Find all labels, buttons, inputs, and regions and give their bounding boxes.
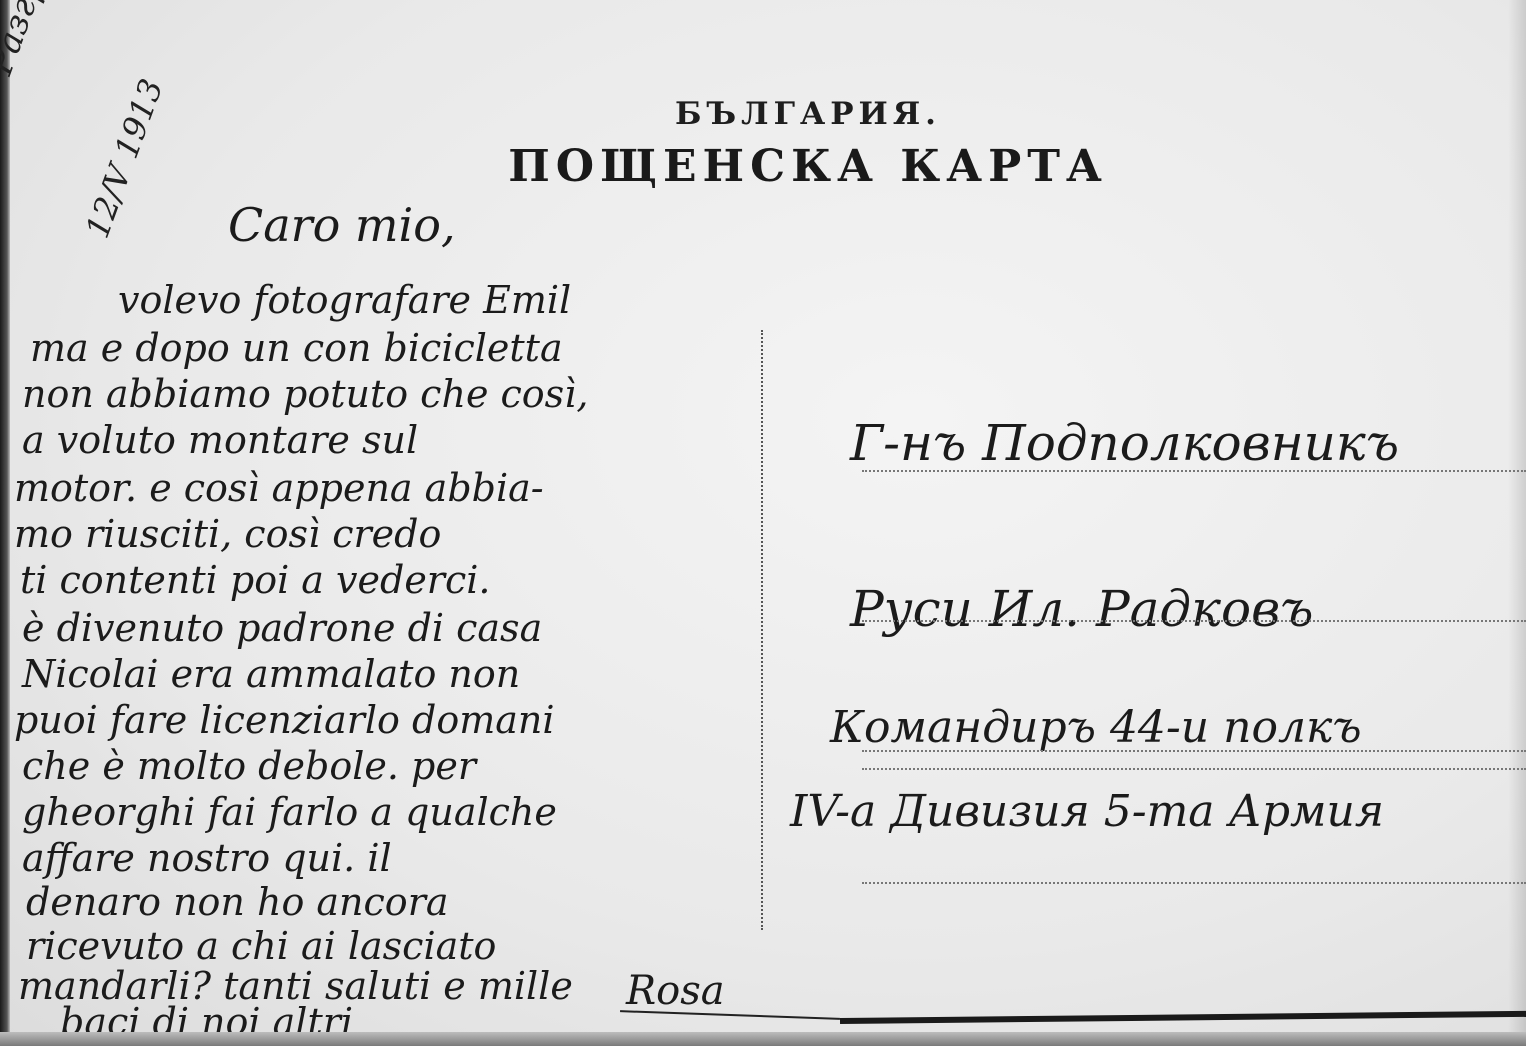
message-line: affare nostro qui. il [22, 836, 392, 880]
message-line: motor. e così appena abbia- [14, 466, 544, 510]
address-dotted-line [862, 882, 1526, 884]
message-line: denaro non ho ancora [26, 880, 449, 924]
address-dotted-line [862, 470, 1526, 472]
scan-bottom-edge [0, 1032, 1526, 1046]
message-line: non abbiamo potuto che così, [22, 372, 588, 416]
center-divider [761, 330, 763, 930]
address-dotted-line [862, 750, 1526, 752]
message-line: volevo fotografare Emil [118, 278, 571, 322]
address-line-4: IV-а Дивизия 5-та Армия [790, 786, 1384, 837]
message-line: mo riusciti, così credo [14, 512, 441, 556]
address-line-3: Командиръ 44-и полкъ [830, 702, 1362, 753]
country-heading: БЪЛГАРИЯ. [0, 96, 1526, 132]
address-dotted-line [862, 768, 1526, 770]
signature: Rosa [626, 968, 725, 1014]
message-line: gheorghi fai farlo a qualche [22, 790, 557, 834]
signature-underline [620, 1010, 840, 1020]
message-line: Nicolai era ammalato non [22, 652, 520, 696]
message-line: puoi fare licenziarlo domani [14, 698, 555, 742]
message-line: è divenuto padrone di casa [22, 606, 542, 650]
postcard-back: Разград 12/V 1913 БЪЛГАРИЯ. ПОЩЕНСКА КАР… [0, 0, 1526, 1046]
address-dotted-line [862, 620, 1526, 622]
message-line: ma e dopo un con bicicletta [30, 326, 563, 370]
address-line-1: Г-нъ Подполковникъ [850, 414, 1399, 472]
greeting: Caro mio, [228, 198, 456, 252]
margin-place-note: Разград [0, 0, 67, 80]
postcard-title: ПОЩЕНСКА КАРТА [0, 141, 1526, 192]
address-line-2: Руси Ил. Радковъ [850, 580, 1314, 638]
message-line: che è molto debole. per [22, 744, 476, 788]
message-line: ricevuto a chi ai lasciato [26, 924, 496, 968]
message-line: a voluto montare sul [22, 418, 418, 462]
message-line: ti contenti poi a vederci. [20, 558, 491, 602]
scan-bottom-shadow-line [840, 1011, 1526, 1024]
